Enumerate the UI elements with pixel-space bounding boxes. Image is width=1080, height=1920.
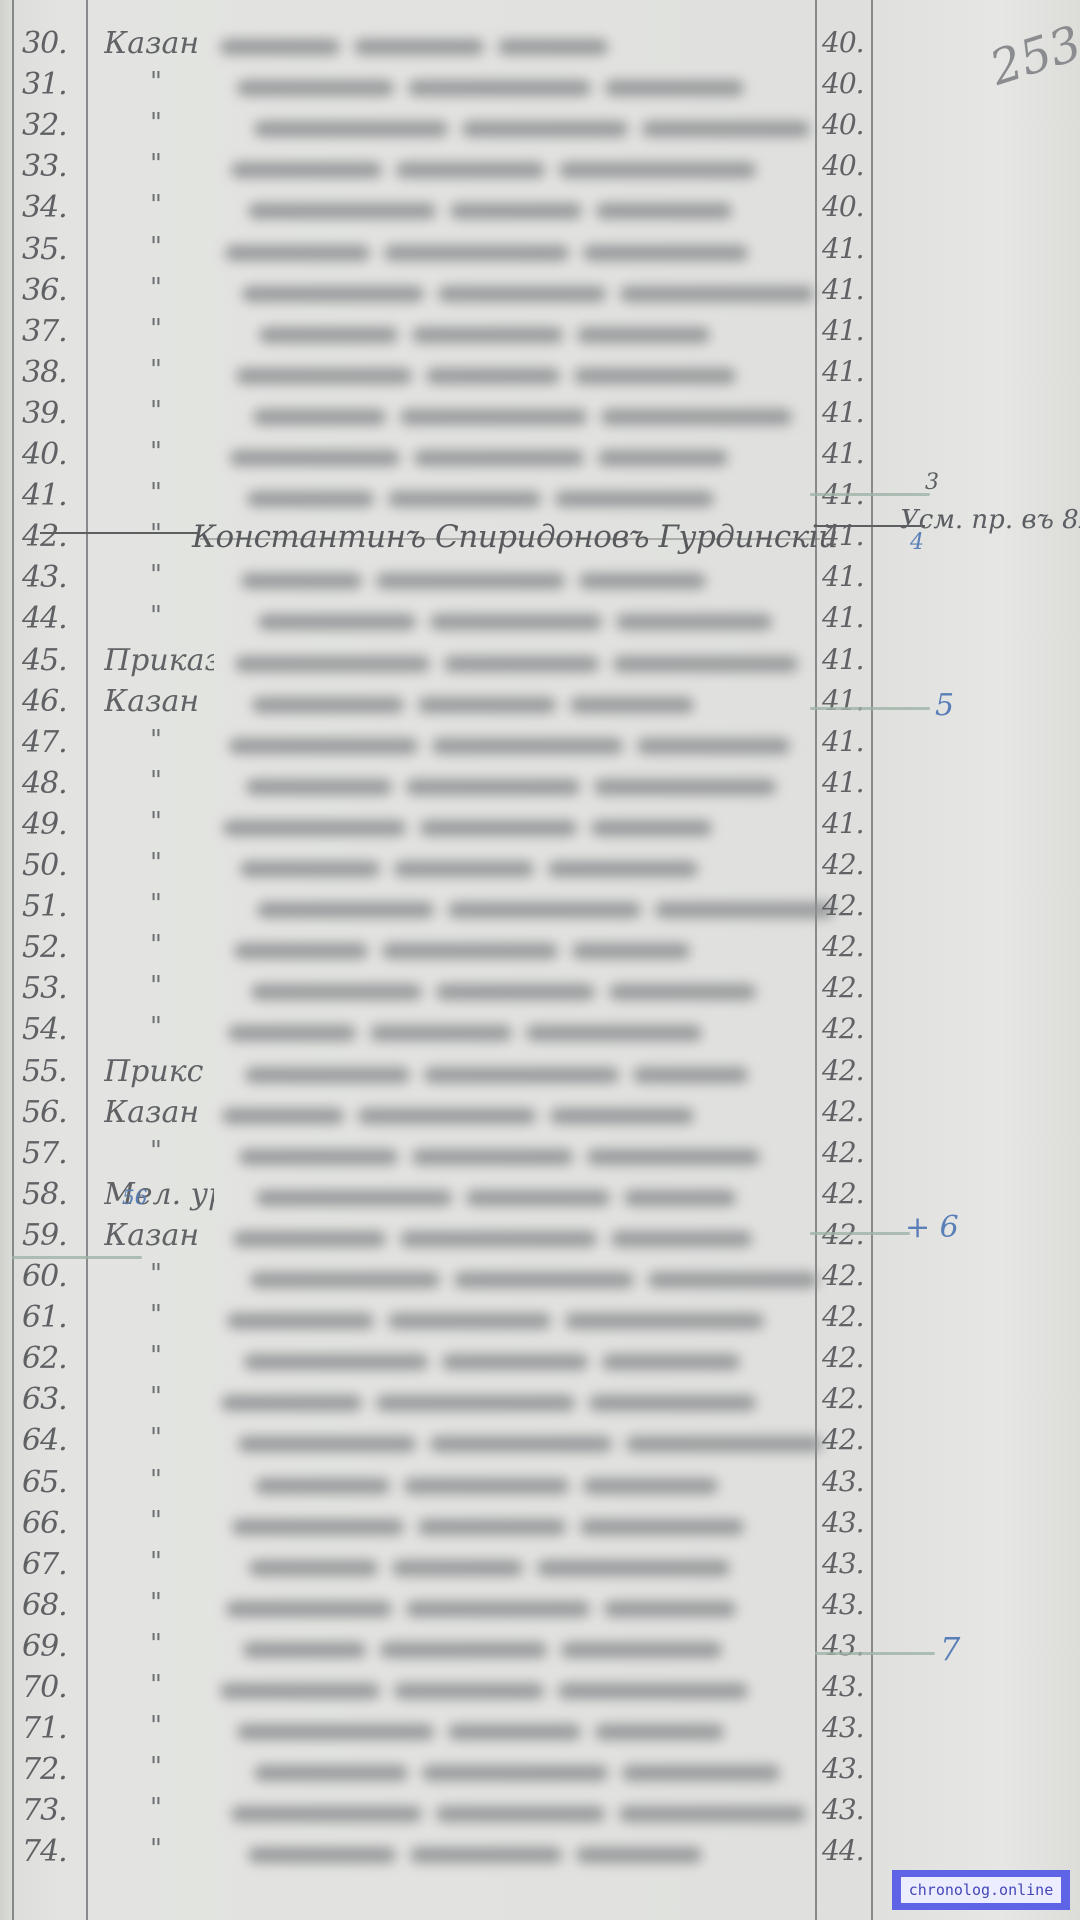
row-age: 43. (822, 1793, 872, 1826)
row-age: 42. (822, 1012, 872, 1045)
row-age: 41. (822, 560, 872, 593)
row-number: 52. (22, 930, 94, 965)
row-number: 45. (22, 643, 94, 678)
table-row: 48."41. (0, 766, 1080, 807)
row-name-redacted (210, 1140, 839, 1174)
row-number: 48. (22, 766, 94, 801)
row-number: 39. (22, 396, 94, 431)
table-row: 63."42. (0, 1382, 1080, 1423)
separator-row-58 (810, 1232, 910, 1235)
row-age: 40. (822, 26, 872, 59)
ledger-page: 253 30.Казан40.31."40.32."40.33."40.34."… (0, 0, 1080, 1920)
strike-line-row-41-left (40, 532, 200, 534)
row-age: 42. (822, 1259, 872, 1292)
row-name-redacted (210, 893, 857, 927)
row-name-redacted (210, 811, 823, 845)
row-number: 66. (22, 1506, 94, 1541)
table-row: 71."43. (0, 1711, 1080, 1752)
row-name-redacted (210, 1058, 845, 1092)
row-number: 41. (22, 478, 94, 513)
row-age: 42. (822, 1136, 872, 1169)
row-number: 34. (22, 190, 94, 225)
separator-row-45 (810, 707, 930, 710)
row-name-redacted (210, 1510, 832, 1544)
row-number: 47. (22, 725, 94, 760)
row-number: 71. (22, 1711, 94, 1746)
row-number: 44. (22, 601, 94, 636)
row-name-redacted (210, 1345, 844, 1379)
row-number: 42. (22, 519, 94, 554)
row-place: Казан (104, 26, 214, 61)
row-age: 41. (822, 355, 872, 388)
row-name-redacted (210, 729, 829, 763)
table-row: 56.Казан42. (0, 1095, 1080, 1136)
table-row: 53."42. (0, 971, 1080, 1012)
table-row: 43."41. (0, 560, 1080, 601)
row-number: 70. (22, 1670, 94, 1705)
row-number: 55. (22, 1054, 94, 1089)
margin-count-7: 7 (940, 1630, 960, 1668)
row-age: 40. (822, 190, 872, 223)
watermark-badge[interactable]: chronolog.online (892, 1870, 1070, 1910)
separator-row-40 (810, 493, 930, 496)
row-number: 31. (22, 67, 94, 102)
row-number: 61. (22, 1300, 94, 1335)
margin-count-3: 3 (925, 470, 939, 495)
table-row: 68."43. (0, 1588, 1080, 1629)
separator-row-68 (815, 1652, 935, 1655)
row-place: Прикс (104, 1054, 214, 1089)
table-row: 40."41. (0, 437, 1080, 478)
row-name-redacted (210, 1797, 831, 1831)
row-age: 42. (822, 1423, 872, 1456)
row-age: 41. (822, 725, 872, 758)
row-number: 54. (22, 1012, 94, 1047)
row-age: 40. (822, 108, 872, 141)
row-number: 68. (22, 1588, 94, 1623)
row-age: 43. (822, 1670, 872, 1703)
row-name-redacted (210, 400, 853, 434)
row-number: 40. (22, 437, 94, 472)
row-name-redacted (210, 1592, 826, 1626)
table-row: 35."41. (0, 232, 1080, 273)
row-number: 56. (22, 1095, 94, 1130)
table-row: 32."40. (0, 108, 1080, 149)
row-name-redacted (210, 688, 852, 722)
row-place: Приказ (104, 643, 214, 678)
row-name-redacted (210, 1263, 850, 1297)
row-age: 40. (822, 67, 872, 100)
row-name-redacted (210, 1674, 820, 1708)
row-age: 42. (822, 930, 872, 963)
table-row: 60."42. (0, 1259, 1080, 1300)
table-row: 65."43. (0, 1465, 1080, 1506)
row-name-redacted (210, 1386, 821, 1420)
table-row: 33."40. (0, 149, 1080, 190)
row-age: 41. (822, 643, 872, 676)
strike-line-row-41-mid (200, 538, 820, 540)
row-age: 43. (822, 1629, 872, 1662)
table-row: 55.Прикс42. (0, 1054, 1080, 1095)
row-name-redacted (210, 1633, 843, 1667)
table-row: 38."41. (0, 355, 1080, 396)
row-name-redacted (210, 236, 825, 270)
row-name-redacted (210, 1099, 822, 1133)
margin-count-6: + 6 (905, 1210, 959, 1245)
table-row: 44."41. (0, 601, 1080, 642)
separator-row-58-left (12, 1256, 142, 1259)
row-name-redacted (210, 482, 847, 516)
watermark-text: chronolog.online (901, 1877, 1062, 1903)
row-place: Казан (104, 1218, 214, 1253)
row-number: 63. (22, 1382, 94, 1417)
row-name-redacted (210, 1756, 854, 1790)
table-row: 62."42. (0, 1341, 1080, 1382)
row-name-redacted (210, 1469, 855, 1503)
row-name-redacted (210, 153, 831, 187)
table-row: 72."43. (0, 1752, 1080, 1793)
table-row: 37."41. (0, 314, 1080, 355)
table-row: 70."43. (0, 1670, 1080, 1711)
table-row: 51."42. (0, 889, 1080, 930)
row-place: Казан (104, 1095, 214, 1130)
row-number: 65. (22, 1465, 94, 1500)
row-name-redacted (210, 1016, 828, 1050)
row-name-redacted (210, 112, 854, 146)
row-age: 42. (822, 1382, 872, 1415)
row-age: 42. (822, 1341, 872, 1374)
row-age: 42. (822, 971, 872, 1004)
margin-count-5: 5 (935, 688, 954, 723)
row-name-redacted (210, 1427, 838, 1461)
table-row: 36."41. (0, 273, 1080, 314)
table-row: 66."43. (0, 1506, 1080, 1547)
row-age: 42. (822, 848, 872, 881)
row-number: 60. (22, 1259, 94, 1294)
table-row: 69."43. (0, 1629, 1080, 1670)
row-age: 43. (822, 1506, 872, 1539)
table-row: 49."41. (0, 807, 1080, 848)
row-name-redacted (210, 934, 834, 968)
row-name-redacted (210, 647, 835, 681)
row-place: Казан (104, 684, 214, 719)
table-row: 50."42. (0, 848, 1080, 889)
row-number: 33. (22, 149, 94, 184)
row-number: 74. (22, 1834, 94, 1869)
row-age: 41. (822, 273, 872, 306)
table-row: 39."41. (0, 396, 1080, 437)
row-name-redacted (210, 71, 837, 105)
row-name-redacted (210, 605, 858, 639)
row-number: 58. (22, 1177, 94, 1212)
table-row: 52."42. (0, 930, 1080, 971)
row-age: 42. (822, 1177, 872, 1210)
row-name-redacted (210, 975, 851, 1009)
row-name-redacted (210, 441, 830, 475)
row-age: 42. (822, 1095, 872, 1128)
row-number: 67. (22, 1547, 94, 1582)
row-age: 42. (822, 889, 872, 922)
row-name-redacted (210, 318, 859, 352)
row-name-redacted (210, 564, 841, 598)
table-row: 46.Казан41. (0, 684, 1080, 725)
table-row: 67."43. (0, 1547, 1080, 1588)
row-name-redacted (210, 1715, 837, 1749)
row-name-redacted (210, 277, 842, 311)
row-age: 41. (822, 396, 872, 429)
table-row: 30.Казан40. (0, 26, 1080, 67)
table-row: 61."42. (0, 1300, 1080, 1341)
row-name-redacted (210, 1551, 849, 1585)
table-row: 47."41. (0, 725, 1080, 766)
row-age: 40. (822, 149, 872, 182)
row-name-redacted (210, 1181, 856, 1215)
row-number: 49. (22, 807, 94, 842)
table-row: 57."42. (0, 1136, 1080, 1177)
row-age: 43. (822, 1711, 872, 1744)
row-number: 43. (22, 560, 94, 595)
table-row: 45.Приказ41. (0, 643, 1080, 684)
row-age: 41. (822, 601, 872, 634)
row-number: 57. (22, 1136, 94, 1171)
table-row: 31."40. (0, 67, 1080, 108)
row-name-redacted (210, 1222, 833, 1256)
row-age: 42. (822, 1300, 872, 1333)
row-age: 42. (822, 1054, 872, 1087)
row-age: 44. (822, 1834, 872, 1867)
row-name-redacted (210, 359, 836, 393)
row-number: 38. (22, 355, 94, 390)
row-number: 64. (22, 1423, 94, 1458)
row-number: 36. (22, 273, 94, 308)
row-name-redacted (210, 1304, 827, 1338)
row-number: 72. (22, 1752, 94, 1787)
row-name-redacted (210, 852, 840, 886)
row-age: 41. (822, 684, 872, 717)
row-age: 43. (822, 1547, 872, 1580)
row-place: Мел. ур (104, 1177, 214, 1212)
row-number: 32. (22, 108, 94, 143)
row-number: 50. (22, 848, 94, 883)
row-number: 53. (22, 971, 94, 1006)
row-age: 43. (822, 1752, 872, 1785)
row-name-redacted (210, 30, 820, 64)
row-number: 46. (22, 684, 94, 719)
table-row: 73."43. (0, 1793, 1080, 1834)
row-name-redacted (210, 194, 848, 228)
row-age: 41. (822, 437, 872, 470)
row-age: 41. (822, 314, 872, 347)
row-number: 73. (22, 1793, 94, 1828)
row-name-redacted (210, 1838, 848, 1872)
row-number: 37. (22, 314, 94, 349)
table-row: 54."42. (0, 1012, 1080, 1053)
margin-note-row-41: Усм. пр. въ 82/90 (900, 505, 1080, 535)
table-row: 34."40. (0, 190, 1080, 231)
row-name-redacted (210, 770, 846, 804)
row-number: 51. (22, 889, 94, 924)
row-number: 62. (22, 1341, 94, 1376)
table-row: 64."42. (0, 1423, 1080, 1464)
row-age: 41. (822, 807, 872, 840)
margin-count-4: 4 (910, 530, 924, 555)
row-age: 43. (822, 1465, 872, 1498)
row-age: 43. (822, 1588, 872, 1621)
row-number: 69. (22, 1629, 94, 1664)
inline-note-56: 56 (122, 1185, 147, 1209)
row-number: 30. (22, 26, 94, 61)
row-age: 41. (822, 232, 872, 265)
row-number: 35. (22, 232, 94, 267)
row-number: 59. (22, 1218, 94, 1253)
row-age: 41. (822, 766, 872, 799)
